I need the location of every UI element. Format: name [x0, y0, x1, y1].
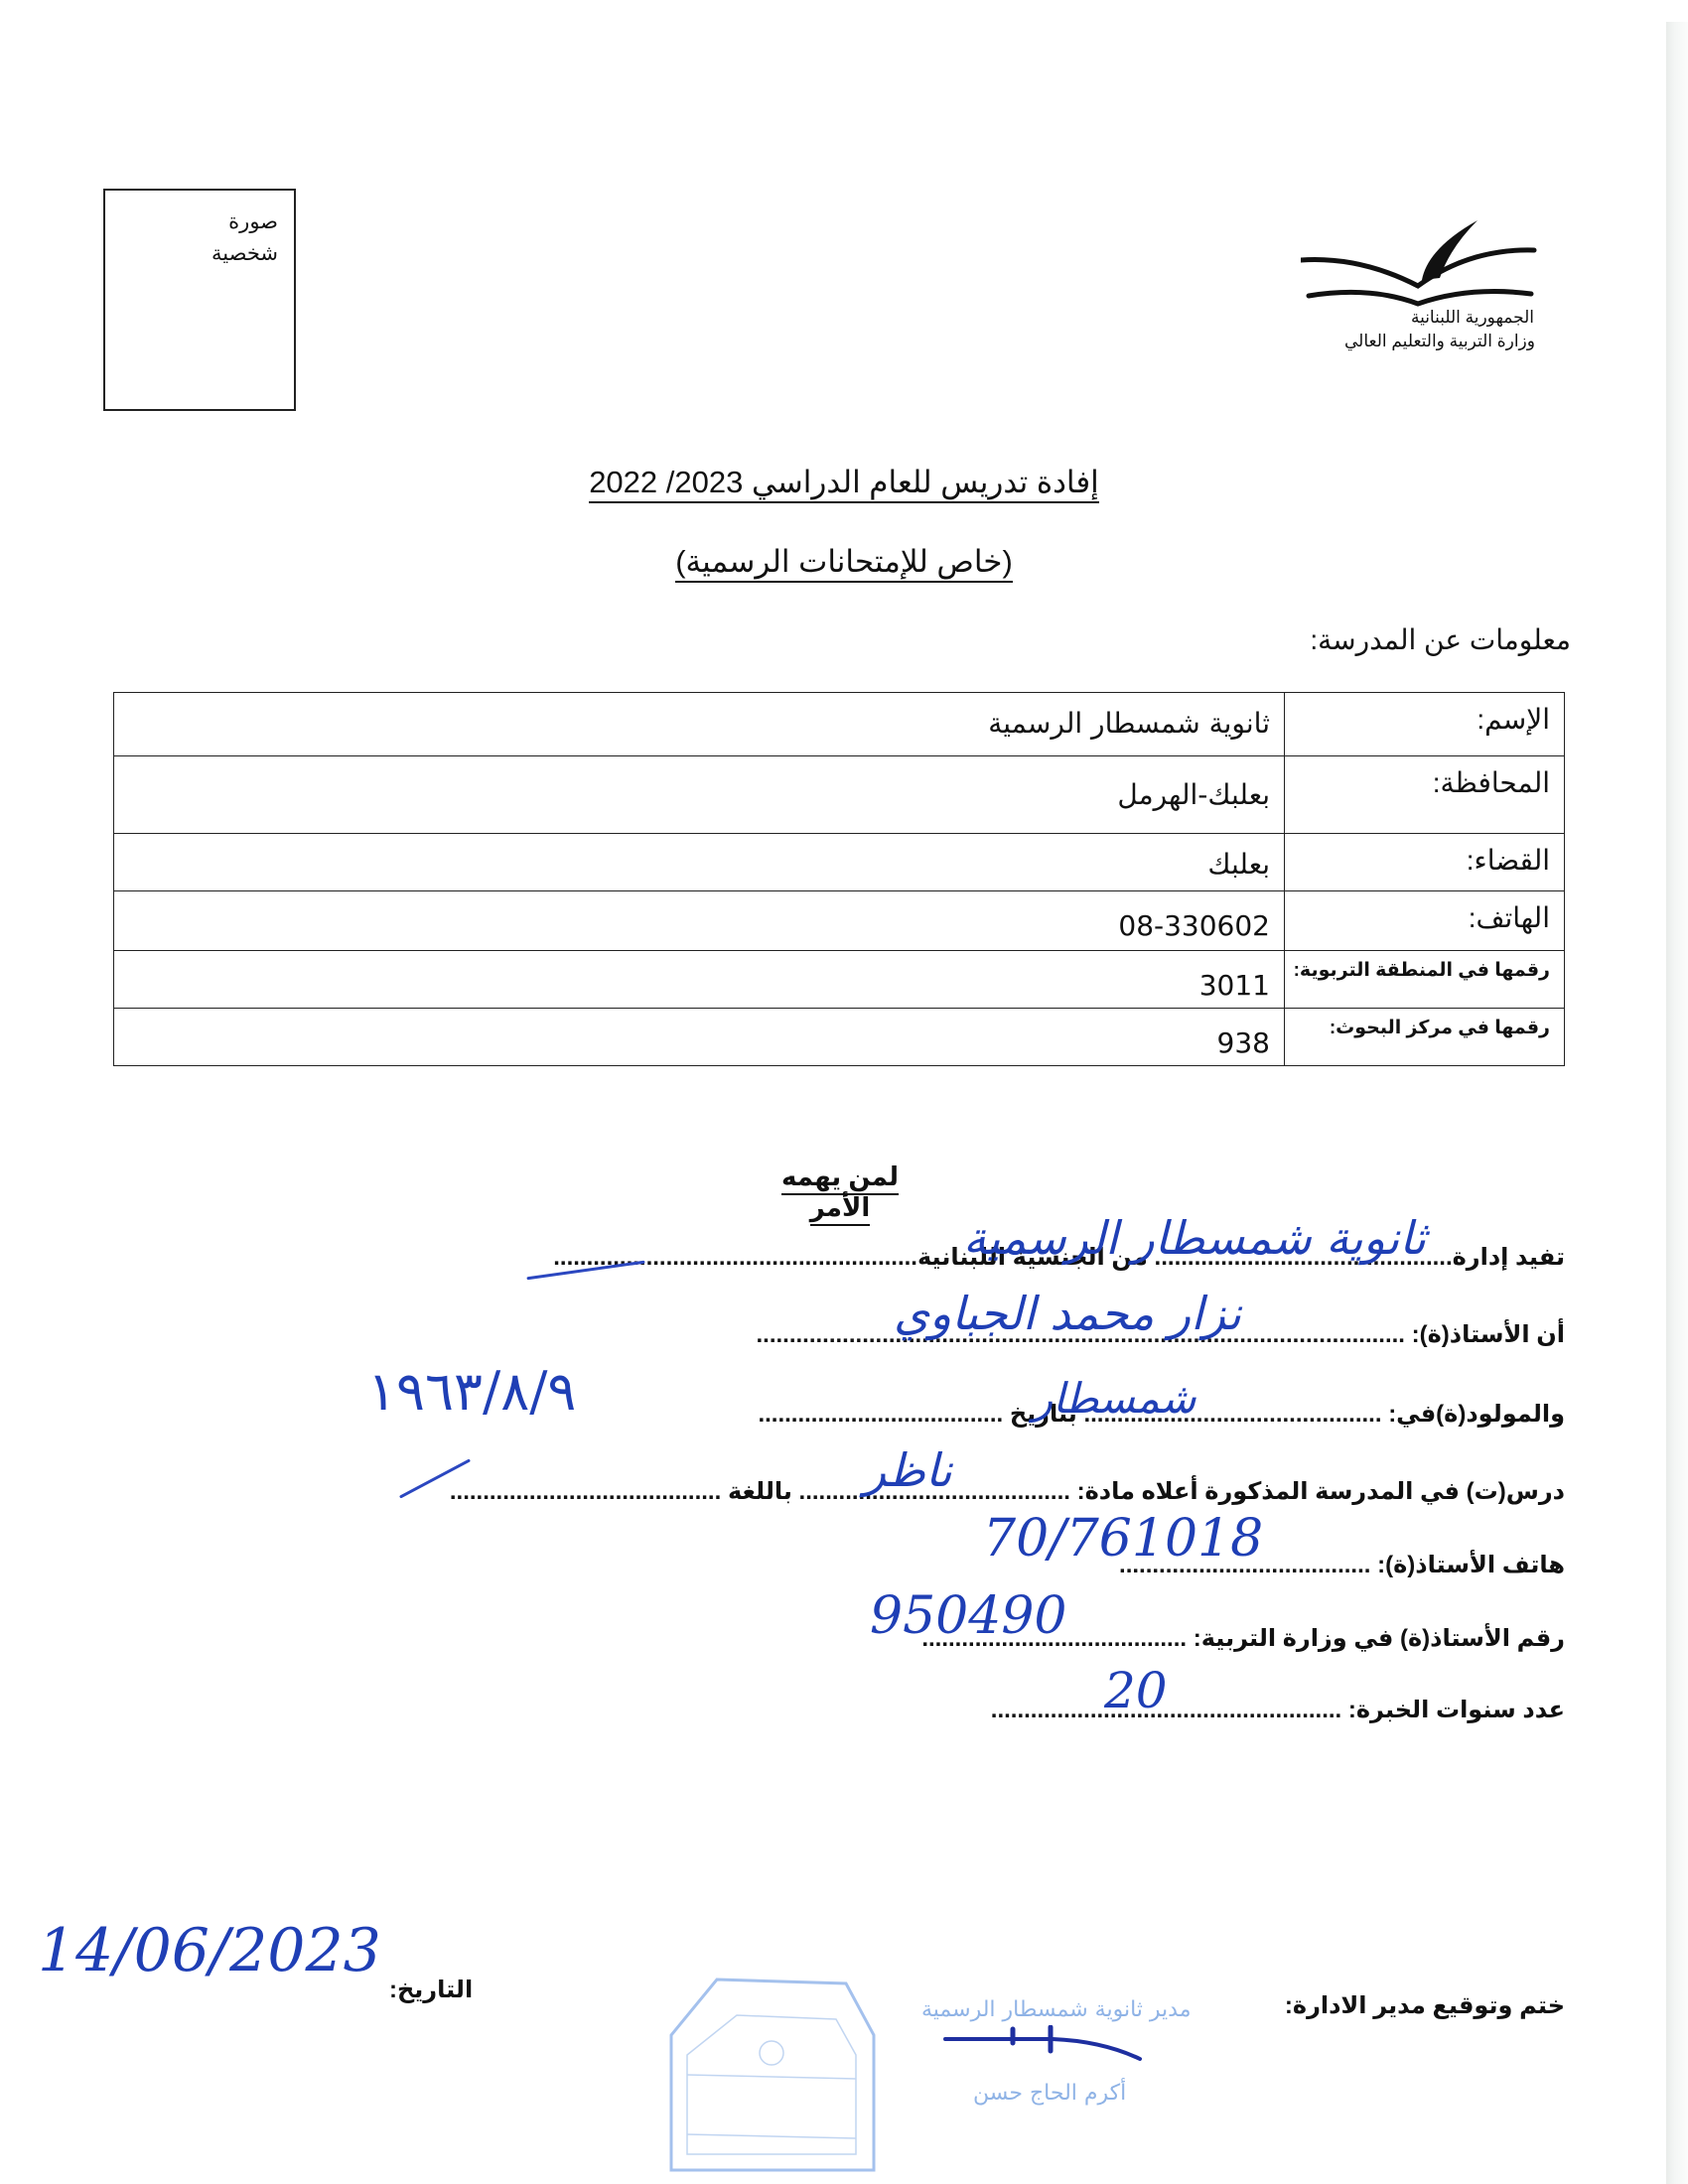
ministry-logo: الجمهورية اللبنانية وزارة التربية والتعل… — [1291, 208, 1569, 357]
to-whom-heading: لمن يهمه الأمر — [751, 1161, 929, 1223]
director-signature — [943, 2025, 1142, 2065]
line-subject: درس(ت) في المدرسة المذكورة أعلاه مادة: .… — [450, 1477, 1565, 1506]
dotted-field[interactable]: ..................................... — [758, 1401, 1003, 1428]
handwritten-subject: ناظر — [864, 1443, 952, 1497]
line7-prefix: عدد سنوات الخبرة: — [1348, 1697, 1565, 1723]
title-text: إفادة تدريس للعام الدراسي 2023/ 2022 — [589, 465, 1099, 503]
date-label: التاريخ: — [389, 1976, 473, 2004]
page-edge-shadow — [1666, 22, 1688, 2184]
handwritten-teacher-name: نزار محمد الجباوي — [894, 1287, 1241, 1340]
heading-text: لمن يهمه الأمر — [781, 1161, 899, 1226]
handwritten-teacher-phone: 70/761018 — [983, 1509, 1263, 1569]
handwritten-date: 14/06/2023 — [38, 1916, 381, 1985]
line1-prefix: تفيد إدارة — [1453, 1244, 1565, 1271]
table-row: المحافظة: بعلبك-الهرمل — [114, 756, 1565, 834]
label-phone: الهاتف: — [1285, 891, 1565, 951]
line4-language-label: باللغة — [728, 1478, 792, 1505]
line6-prefix: رقم الأستاذ(ة) في وزارة التربية: — [1194, 1625, 1565, 1652]
value-district: بعلبك — [114, 834, 1285, 891]
value-phone: 08-330602 — [114, 891, 1285, 951]
school-info-heading: معلومات عن المدرسة: — [1310, 623, 1571, 656]
table-row: رقمها في مركز البحوث: 938 — [114, 1009, 1565, 1066]
open-book-icon — [1301, 208, 1539, 308]
photo-label-line2: شخصية — [211, 238, 278, 270]
line2-prefix: أن الأستاذ(ة): — [1412, 1321, 1565, 1348]
official-stamp-icon — [667, 1976, 876, 2174]
line3-prefix: والمولود(ة)في: — [1388, 1401, 1565, 1428]
table-row: القضاء: بعلبك — [114, 834, 1565, 891]
handwritten-school-name: ثانوية شمسطار الرسمية — [963, 1211, 1426, 1265]
signature-label: ختم وتوقيع مدير الادارة: — [1285, 1991, 1565, 2020]
handwritten-experience-years: 20 — [1104, 1662, 1168, 1719]
line5-prefix: هاتف الأستاذ(ة): — [1377, 1552, 1565, 1578]
dotted-field[interactable]: ........................................… — [450, 1478, 721, 1505]
value-research-center-number: 938 — [114, 1009, 1285, 1066]
label-governorate: المحافظة: — [1285, 756, 1565, 834]
label-research-center-number: رقمها في مركز البحوث: — [1285, 1009, 1565, 1066]
line-experience-years: عدد سنوات الخبرة: ......................… — [991, 1696, 1565, 1724]
personal-photo-box: صورة شخصية — [103, 189, 296, 411]
handwritten-ministry-number: 950490 — [870, 1586, 1067, 1646]
value-name: ثانوية شمسطار الرسمية — [114, 693, 1285, 756]
handwritten-birth-date: ١٩٦٣/٨/٩ — [367, 1360, 576, 1423]
logo-republic-text: الجمهورية اللبنانية — [1411, 308, 1534, 328]
document-title: إفادة تدريس للعام الدراسي 2023/ 2022 — [0, 465, 1688, 500]
photo-label-line1: صورة — [211, 206, 278, 238]
school-info-table: الإسم: ثانوية شمسطار الرسمية المحافظة: ب… — [113, 692, 1565, 1066]
line4-prefix: درس(ت) في المدرسة المذكورة أعلاه مادة: — [1077, 1478, 1565, 1505]
document-subtitle: (خاص للإمتحانات الرسمية) — [0, 544, 1688, 580]
stamp-director-name: أكرم الحاج حسن — [973, 2081, 1126, 2106]
value-governorate: بعلبك-الهرمل — [114, 756, 1285, 834]
table-row: الإسم: ثانوية شمسطار الرسمية — [114, 693, 1565, 756]
table-row: الهاتف: 08-330602 — [114, 891, 1565, 951]
photo-box-label: صورة شخصية — [211, 206, 278, 270]
handwritten-birth-place: شمسطار — [1033, 1374, 1196, 1423]
label-edu-zone-number: رقمها في المنطقة التربوية: — [1285, 951, 1565, 1009]
logo-ministry-text: وزارة التربية والتعليم العالي — [1311, 332, 1569, 351]
label-district: القضاء: — [1285, 834, 1565, 891]
value-edu-zone-number: 3011 — [114, 951, 1285, 1009]
label-name: الإسم: — [1285, 693, 1565, 756]
table-row: رقمها في المنطقة التربوية: 3011 — [114, 951, 1565, 1009]
subtitle-text: (خاص للإمتحانات الرسمية) — [675, 544, 1013, 583]
stamp-director-title: مدير ثانوية شمسطار الرسمية — [921, 1997, 1192, 2022]
